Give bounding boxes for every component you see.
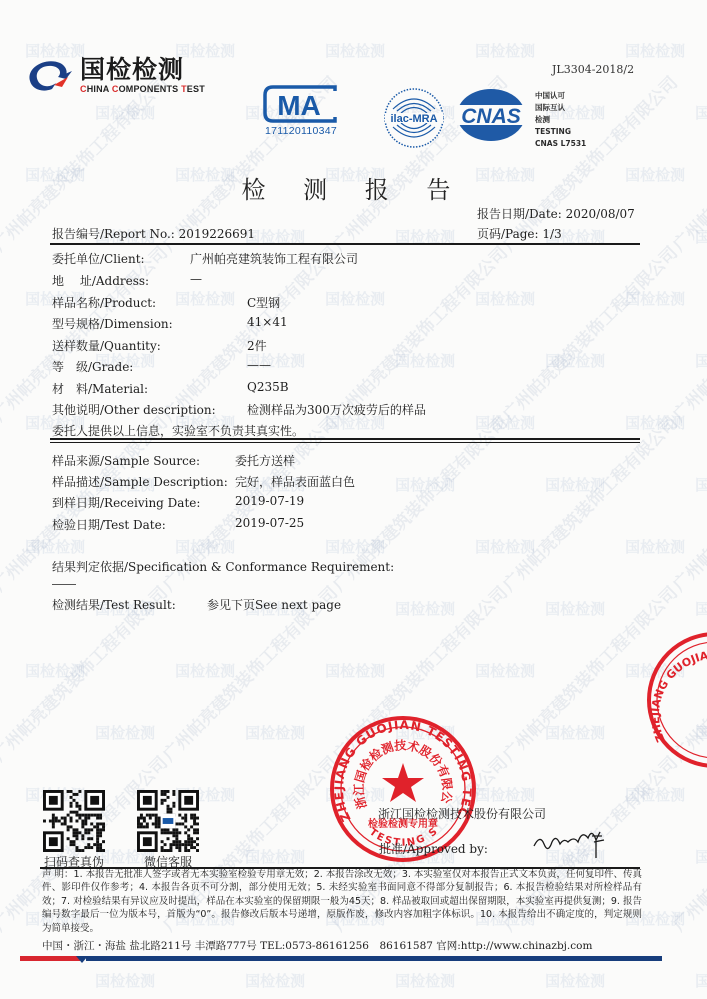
brand-logo: 国检检测 CHINA COMPONENTS TEST: [24, 55, 205, 95]
info-row: 地 址/Address:—: [52, 272, 149, 289]
wechat-qr-code[interactable]: [137, 790, 199, 852]
info-value: 完好，样品表面蓝白色: [235, 473, 355, 490]
info-value: 广州帕亮建筑装饰工程有限公司: [190, 250, 358, 267]
info-value: Q235B: [247, 380, 289, 394]
info-value: ——: [247, 358, 271, 372]
divider: [50, 442, 640, 443]
test-result: 检测结果/Test Result: 参见下页See next page: [52, 596, 176, 613]
info-value: C型钢: [247, 294, 280, 311]
info-label: 送样数量/Quantity:: [52, 339, 161, 353]
specification-label: 结果判定依据/Specification & Conformance Requi…: [52, 558, 394, 575]
info-value: 2019-07-19: [235, 494, 304, 508]
footer-bar-blue: [86, 956, 662, 961]
info-label: 材 料/Material:: [52, 382, 148, 396]
specification-empty-dash: [52, 584, 76, 585]
report-date: 报告日期/Date: 2020/08/07: [477, 205, 635, 222]
report-number: 报告编号/Report No.: 2019226691: [52, 225, 255, 242]
seal-partial-icon: ZHEJIANG GUOJIAN TESTING TECHNOLOGY CO.,…: [645, 630, 707, 770]
document-code: JL3304-2018/2: [552, 63, 634, 76]
svg-text:MA: MA: [277, 90, 321, 121]
info-row: 委托单位/Client:广州帕亮建筑装饰工程有限公司: [52, 250, 145, 267]
cma-number: 171120110347: [259, 125, 343, 137]
info-row: 样品名称/Product:C型钢: [52, 294, 156, 311]
info-label: 样品来源/Sample Source:: [52, 454, 200, 468]
legal-statement: 声 明：1. 本报告无批准人签字或者无本实验室检验专用章无效；2. 本报告涂改无…: [42, 868, 642, 935]
footer-address: 中国・浙江・海盐 盐北路211号 丰潭路777号 TEL:0573-861612…: [42, 938, 592, 953]
brand-name-cn: 国检检测: [80, 56, 205, 84]
info-label: 型号规格/Dimension:: [52, 317, 173, 331]
test-result-value: 参见下页See next page: [207, 596, 341, 613]
divider: [50, 438, 640, 440]
info-label: 委托单位/Client:: [52, 252, 145, 266]
info-row: 检验日期/Test Date:2019-07-25: [52, 516, 166, 533]
info-label: 检验日期/Test Date:: [52, 518, 166, 532]
testing-company-name: 浙江国检检测技术股份有限公司: [378, 805, 546, 822]
svg-text:ilac-MRA: ilac-MRA: [390, 113, 437, 125]
info-row: 送样数量/Quantity:2件: [52, 337, 161, 354]
info-label: 样品名称/Product:: [52, 296, 156, 310]
cnas-accreditation-text: 中国认可 国际互认 检测 TESTING CNAS L7531: [535, 90, 586, 150]
svg-text:CNAS: CNAS: [461, 105, 521, 128]
cma-mark: MA 171120110347: [259, 85, 343, 137]
brand-name-en: CHINA COMPONENTS TEST: [80, 84, 205, 94]
info-row: 等 级/Grade:——: [52, 358, 133, 375]
disclaimer-notice: 委托人提供以上信息，实验室不负责其真实性。: [52, 422, 304, 439]
verify-qr-code[interactable]: [43, 790, 105, 852]
info-label: 其他说明/Other description:: [52, 403, 216, 417]
info-row: 其他说明/Other description:检测样品为300万次疲劳后的样品: [52, 401, 216, 418]
info-row: 样品描述/Sample Description:完好，样品表面蓝白色: [52, 473, 228, 490]
info-value: 检测样品为300万次疲劳后的样品: [247, 401, 426, 418]
divider: [50, 243, 640, 245]
info-label: 地 址/Address:: [52, 274, 149, 288]
report-title: 检 测 报 告: [0, 170, 707, 205]
cma-logo-icon: MA: [263, 85, 339, 123]
footer-bar-red: [20, 956, 80, 961]
signature-icon: [530, 820, 610, 860]
approved-by-label: 批准/Approved by:: [379, 840, 488, 857]
info-value: 委托方送样: [235, 452, 295, 469]
info-row: 到样日期/Receiving Date:2019-07-19: [52, 494, 200, 511]
info-value: 41×41: [247, 315, 288, 329]
info-value: —: [190, 272, 202, 286]
ilac-mra-logo-icon: ilac-MRA: [383, 87, 445, 149]
cnas-logo-icon: CNAS: [455, 87, 527, 143]
info-value: 2019-07-25: [235, 516, 304, 530]
info-label: 等 级/Grade:: [52, 360, 133, 374]
info-label: 到样日期/Receiving Date:: [52, 496, 200, 510]
brand-swoosh-icon: [24, 55, 74, 95]
info-value: 2件: [247, 337, 267, 354]
report-page: 页码/Page: 1/3: [477, 225, 562, 242]
info-label: 样品描述/Sample Description:: [52, 475, 228, 489]
test-result-label: 检测结果/Test Result:: [52, 598, 176, 612]
info-row: 型号规格/Dimension:41×41: [52, 315, 173, 332]
info-row: 样品来源/Sample Source:委托方送样: [52, 452, 200, 469]
info-row: 材 料/Material:Q235B: [52, 380, 148, 397]
